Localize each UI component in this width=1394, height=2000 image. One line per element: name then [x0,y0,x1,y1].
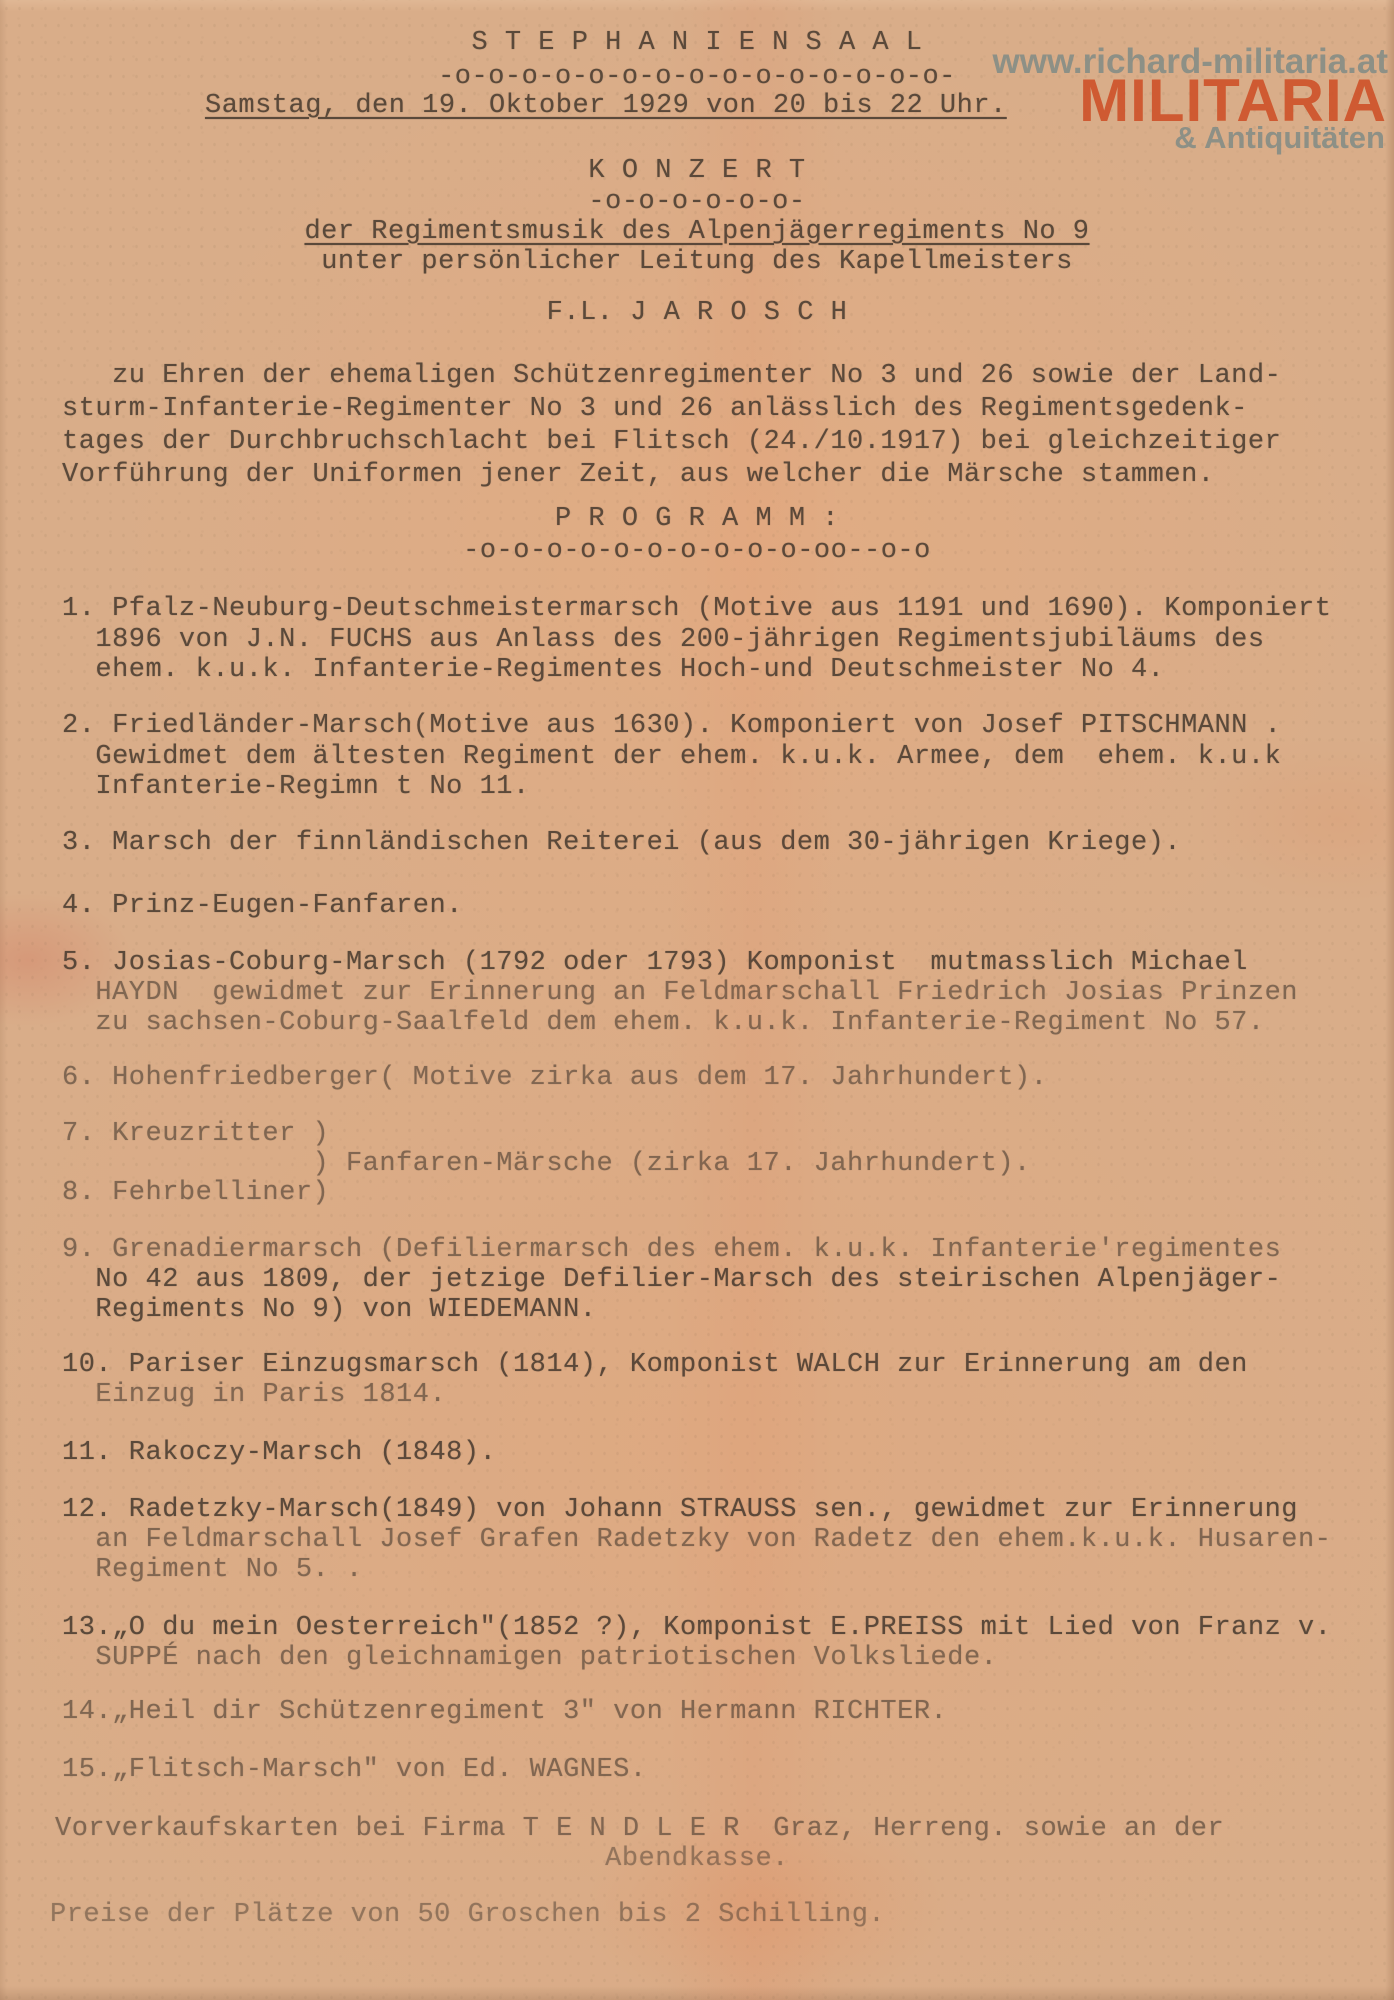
intro-line: zu Ehren der ehemaligen Schützenregiment… [62,363,1281,390]
intro-line: tages der Durchbruchschlacht bei Flitsch… [62,429,1281,456]
program-item-5-line: zu sachsen-Coburg-Saalfeld dem ehem. k.u… [62,1010,1265,1037]
header-rule-1: -o-o-o-o-o-o-o-o-o-o-o-o-o-o-o- [0,64,1394,91]
program-item-10-line: Einzug in Paris 1814. [62,1382,446,1409]
program-item-4-line: 4. Prinz-Eugen-Fanfaren. [62,893,463,920]
leader-line: unter persönlicher Leitung des Kapellmei… [0,249,1394,276]
program-rule: -o-o-o-o-o-o-o-o-o-o-oo--o-o [0,538,1394,565]
scanned-program-page: S T E P H A N I E N S A A L -o-o-o-o-o-o… [0,0,1394,2000]
program-item-12-line: an Feldmarschall Josef Grafen Radetzky v… [62,1527,1331,1554]
program-item-6-line: 6. Hohenfriedberger( Motive zirka aus de… [62,1065,1047,1092]
program-item-2-line: 2. Friedländer-Marsch(Motive aus 1630). … [62,713,1281,740]
program-title: P R O G R A M M : [0,506,1394,533]
program-item-7-line: ) Fanfaren-Märsche (zirka 17. Jahrhunder… [62,1151,1031,1178]
program-item-1-line: ehem. k.u.k. Infanterie-Regimentes Hoch-… [62,657,1164,684]
program-item-13-line: SUPPÉ nach den gleichnamigen patriotisch… [62,1645,997,1672]
header-rule-2: -o-o-o-o-o-o- [0,189,1394,216]
program-item-8-line: 8. Fehrbelliner) [62,1180,329,1207]
program-item-13-line: 13.„O du mein Oesterreich"(1852 ?), Komp… [62,1615,1331,1642]
presale-line-2: Abendkasse. [0,1846,1394,1873]
concert-title: K O N Z E R T [0,158,1394,185]
program-item-3-line: 3. Marsch der finnländischen Reiterei (a… [62,830,1181,857]
program-item-9-line: 9. Grenadiermarsch (Defiliermarsch des e… [62,1237,1281,1264]
program-item-12-line: 12. Radetzky-Marsch(1849) von Johann STR… [62,1497,1298,1524]
program-item-5-line: HAYDN gewidmet zur Erinnerung an Feldmar… [62,980,1298,1007]
conductor-name: F.L. J A R O S C H [0,300,1394,327]
byline: der Regimentsmusik des Alpenjägerregimen… [0,219,1394,246]
program-item-1-line: 1. Pfalz-Neuburg-Deutschmeistermarsch (M… [62,596,1331,623]
program-item-2-line: Gewidmet dem ältesten Regiment der ehem.… [62,744,1281,771]
program-item-9-line: Regiments No 9) von WIEDEMANN. [62,1297,596,1324]
program-item-7-line: 7. Kreuzritter ) [62,1121,329,1148]
presale-line: Vorverkaufskarten bei Firma T E N D L E … [55,1816,1224,1843]
program-item-5-line: 5. Josias-Coburg-Marsch (1792 oder 1793)… [62,950,1248,977]
program-item-12-line: Regiment No 5. . [62,1557,363,1584]
program-item-10-line: 10. Pariser Einzugsmarsch (1814), Kompon… [62,1352,1248,1379]
program-item-1-line: 1896 von J.N. FUCHS aus Anlass des 200-j… [62,627,1265,654]
intro-line: sturm-Infanterie-Regimenter No 3 und 26 … [62,396,1248,423]
date-line: Samstag, den 19. Oktober 1929 von 20 bis… [205,93,1073,120]
prices-line: Preise der Plätze von 50 Groschen bis 2 … [50,1902,885,1929]
program-item-9-line: No 42 aus 1809, der jetzige Defilier-Mar… [62,1267,1281,1294]
program-item-2-line: Infanterie-Regimn t No 11. [62,774,530,801]
program-item-11-line: 11. Rakoczy-Marsch (1848). [62,1440,496,1467]
intro-line: Vorführung der Uniformen jener Zeit, aus… [62,462,1214,489]
program-item-14-line: 14.„Heil dir Schützenregiment 3" von Her… [62,1699,947,1726]
watermark-subtitle: & Antiquitäten [1174,120,1385,156]
program-item-15-line: 15.„Flitsch-Marsch" von Ed. WAGNES. [62,1757,647,1784]
venue-title: S T E P H A N I E N S A A L [0,30,1394,57]
